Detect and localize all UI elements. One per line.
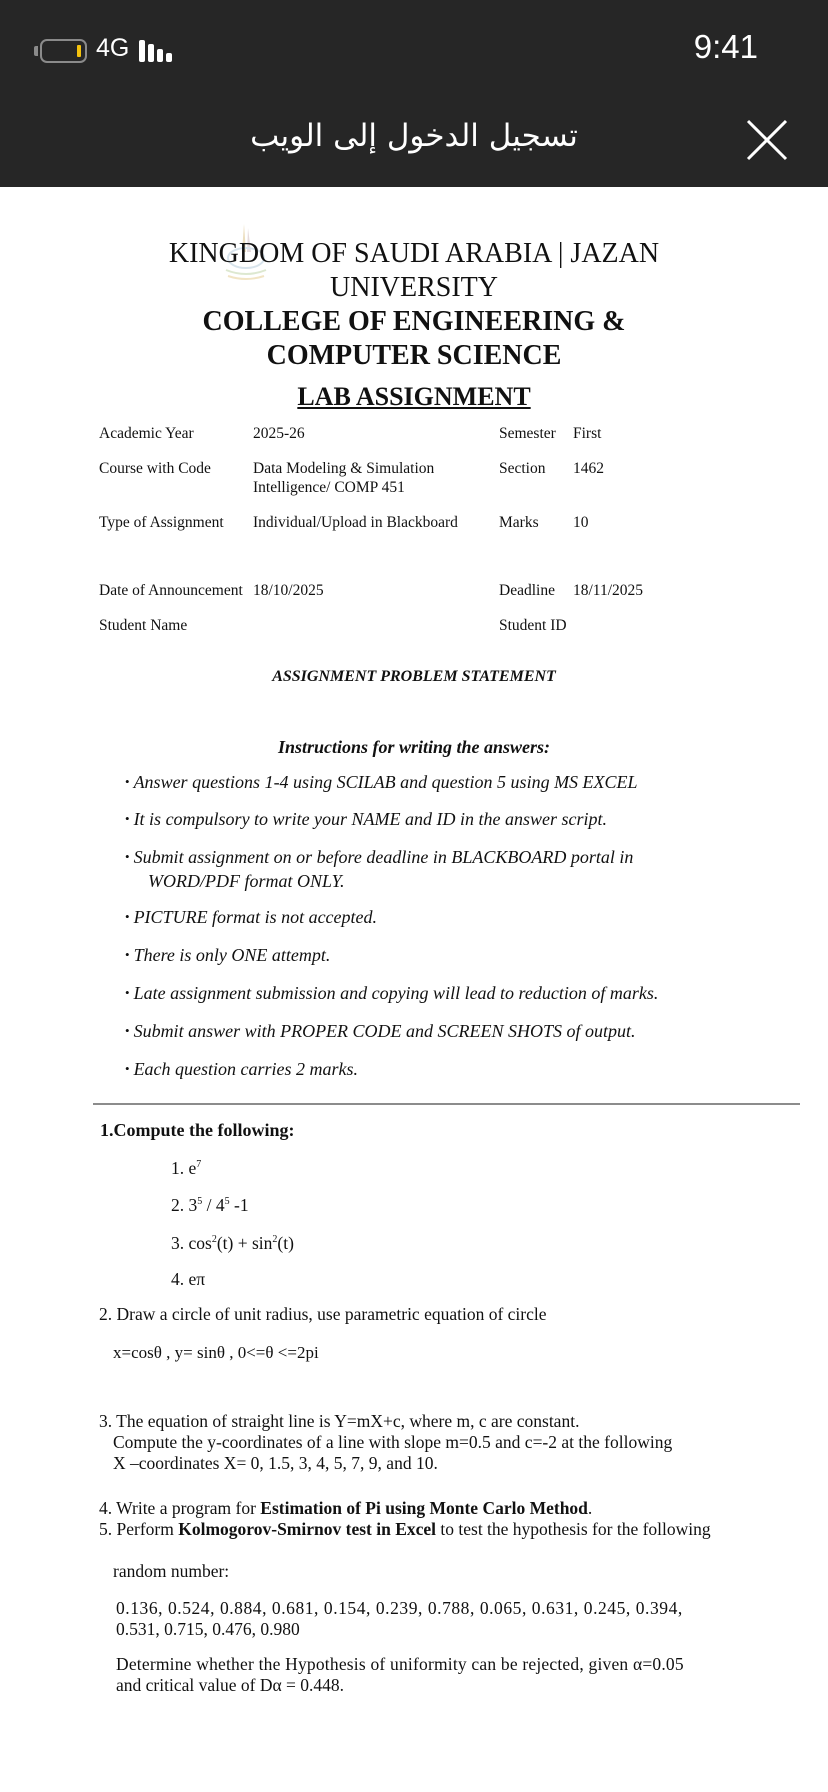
random-numbers-line2: 0.531, 0.715, 0.476, 0.980: [116, 1619, 300, 1640]
battery-icon: [40, 39, 87, 63]
nav-bar: تسجيل الدخول إلى الويب: [0, 100, 828, 187]
question-2-text: 2. Draw a circle of unit radius, use par…: [99, 1304, 547, 1325]
question-3-line1: 3. The equation of straight line is Y=mX…: [99, 1411, 579, 1432]
instruction-item: •Late assignment submission and copying …: [125, 982, 658, 1006]
section-divider: [93, 1103, 800, 1105]
semester-label: Semester: [499, 424, 556, 443]
announcement-label: Date of Announcement: [99, 581, 243, 600]
announcement-value: 18/10/2025: [253, 581, 324, 600]
instruction-item: •Submit answer with PROPER CODE and SCRE…: [125, 1020, 636, 1044]
instructions-heading: Instructions for writing the answers:: [0, 737, 828, 758]
q1-item-4: 4. eπ: [171, 1269, 205, 1290]
page-title: تسجيل الدخول إلى الويب: [0, 118, 828, 154]
browser-top-bar: 4G 9:41 تسجيل الدخول إلى الويب: [0, 0, 828, 187]
type-value: Individual/Upload in Blackboard: [253, 513, 458, 532]
academic-year-label: Academic Year: [99, 424, 194, 443]
deadline-value: 18/11/2025: [573, 581, 643, 600]
random-numbers-line1: 0.136, 0.524, 0.884, 0.681, 0.154, 0.239…: [116, 1598, 683, 1619]
semester-value: First: [573, 424, 601, 443]
signal-strength-icon: [139, 40, 179, 62]
status-time: 9:41: [694, 28, 758, 66]
q1-item-3: 3. cos2(t) + sin2(t): [171, 1233, 294, 1254]
section-label: Section: [499, 459, 546, 478]
question-1-title: 1.Compute the following:: [100, 1120, 295, 1141]
conclusion-line2: and critical value of Dα = 0.448.: [116, 1675, 344, 1696]
instruction-item: •It is compulsory to write your NAME and…: [125, 808, 607, 832]
section-value: 1462: [573, 459, 604, 478]
marks-label: Marks: [499, 513, 539, 532]
battery-level-fill: [77, 45, 81, 57]
instruction-item: •PICTURE format is not accepted.: [125, 906, 377, 930]
q1-item-1: 1. e7: [171, 1158, 201, 1179]
instruction-item: •Each question carries 2 marks.: [125, 1058, 358, 1082]
question-3-line3: X –coordinates X= 0, 1.5, 3, 4, 5, 7, 9,…: [113, 1453, 438, 1474]
header-college: COLLEGE OF ENGINEERING & COMPUTER SCIENC…: [0, 305, 828, 373]
conclusion-line1: Determine whether the Hypothesis of unif…: [116, 1654, 684, 1675]
marks-value: 10: [573, 513, 589, 532]
student-id-label: Student ID: [499, 616, 567, 635]
course-label: Course with Code: [99, 459, 211, 478]
instruction-item: •There is only ONE attempt.: [125, 944, 330, 968]
network-type: 4G: [96, 34, 129, 63]
deadline-label: Deadline: [499, 581, 555, 600]
instruction-item: •Submit assignment on or before deadline…: [125, 846, 633, 893]
student-name-label: Student Name: [99, 616, 187, 635]
assignment-title: LAB ASSIGNMENT: [0, 382, 828, 412]
close-icon: [744, 117, 790, 163]
question-3-line2: Compute the y-coordinates of a line with…: [113, 1432, 672, 1453]
course-value-line1: Data Modeling & Simulation: [253, 459, 434, 478]
close-button[interactable]: [744, 117, 790, 163]
course-value-line2: Intelligence/ COMP 451: [253, 478, 405, 497]
battery-nub: [34, 46, 38, 56]
header-kingdom: KINGDOM OF SAUDI ARABIA | JAZAN UNIVERSI…: [0, 237, 828, 305]
type-label: Type of Assignment: [99, 513, 224, 532]
question-5-line2: random number:: [113, 1561, 229, 1582]
question-5: 5. Perform Kolmogorov-Smirnov test in Ex…: [99, 1519, 729, 1540]
question-2-equation: x=cosθ , y= sinθ , 0<=θ <=2pi: [113, 1342, 319, 1363]
academic-year-value: 2025-26: [253, 424, 305, 443]
status-bar: 4G 9:41: [0, 0, 828, 100]
question-4: 4. Write a program for Estimation of Pi …: [99, 1498, 592, 1519]
q1-item-2: 2. 35 / 45 -1: [171, 1195, 249, 1216]
problem-statement-heading: ASSIGNMENT PROBLEM STATEMENT: [0, 668, 828, 686]
instruction-item: •Answer questions 1-4 using SCILAB and q…: [125, 771, 638, 795]
